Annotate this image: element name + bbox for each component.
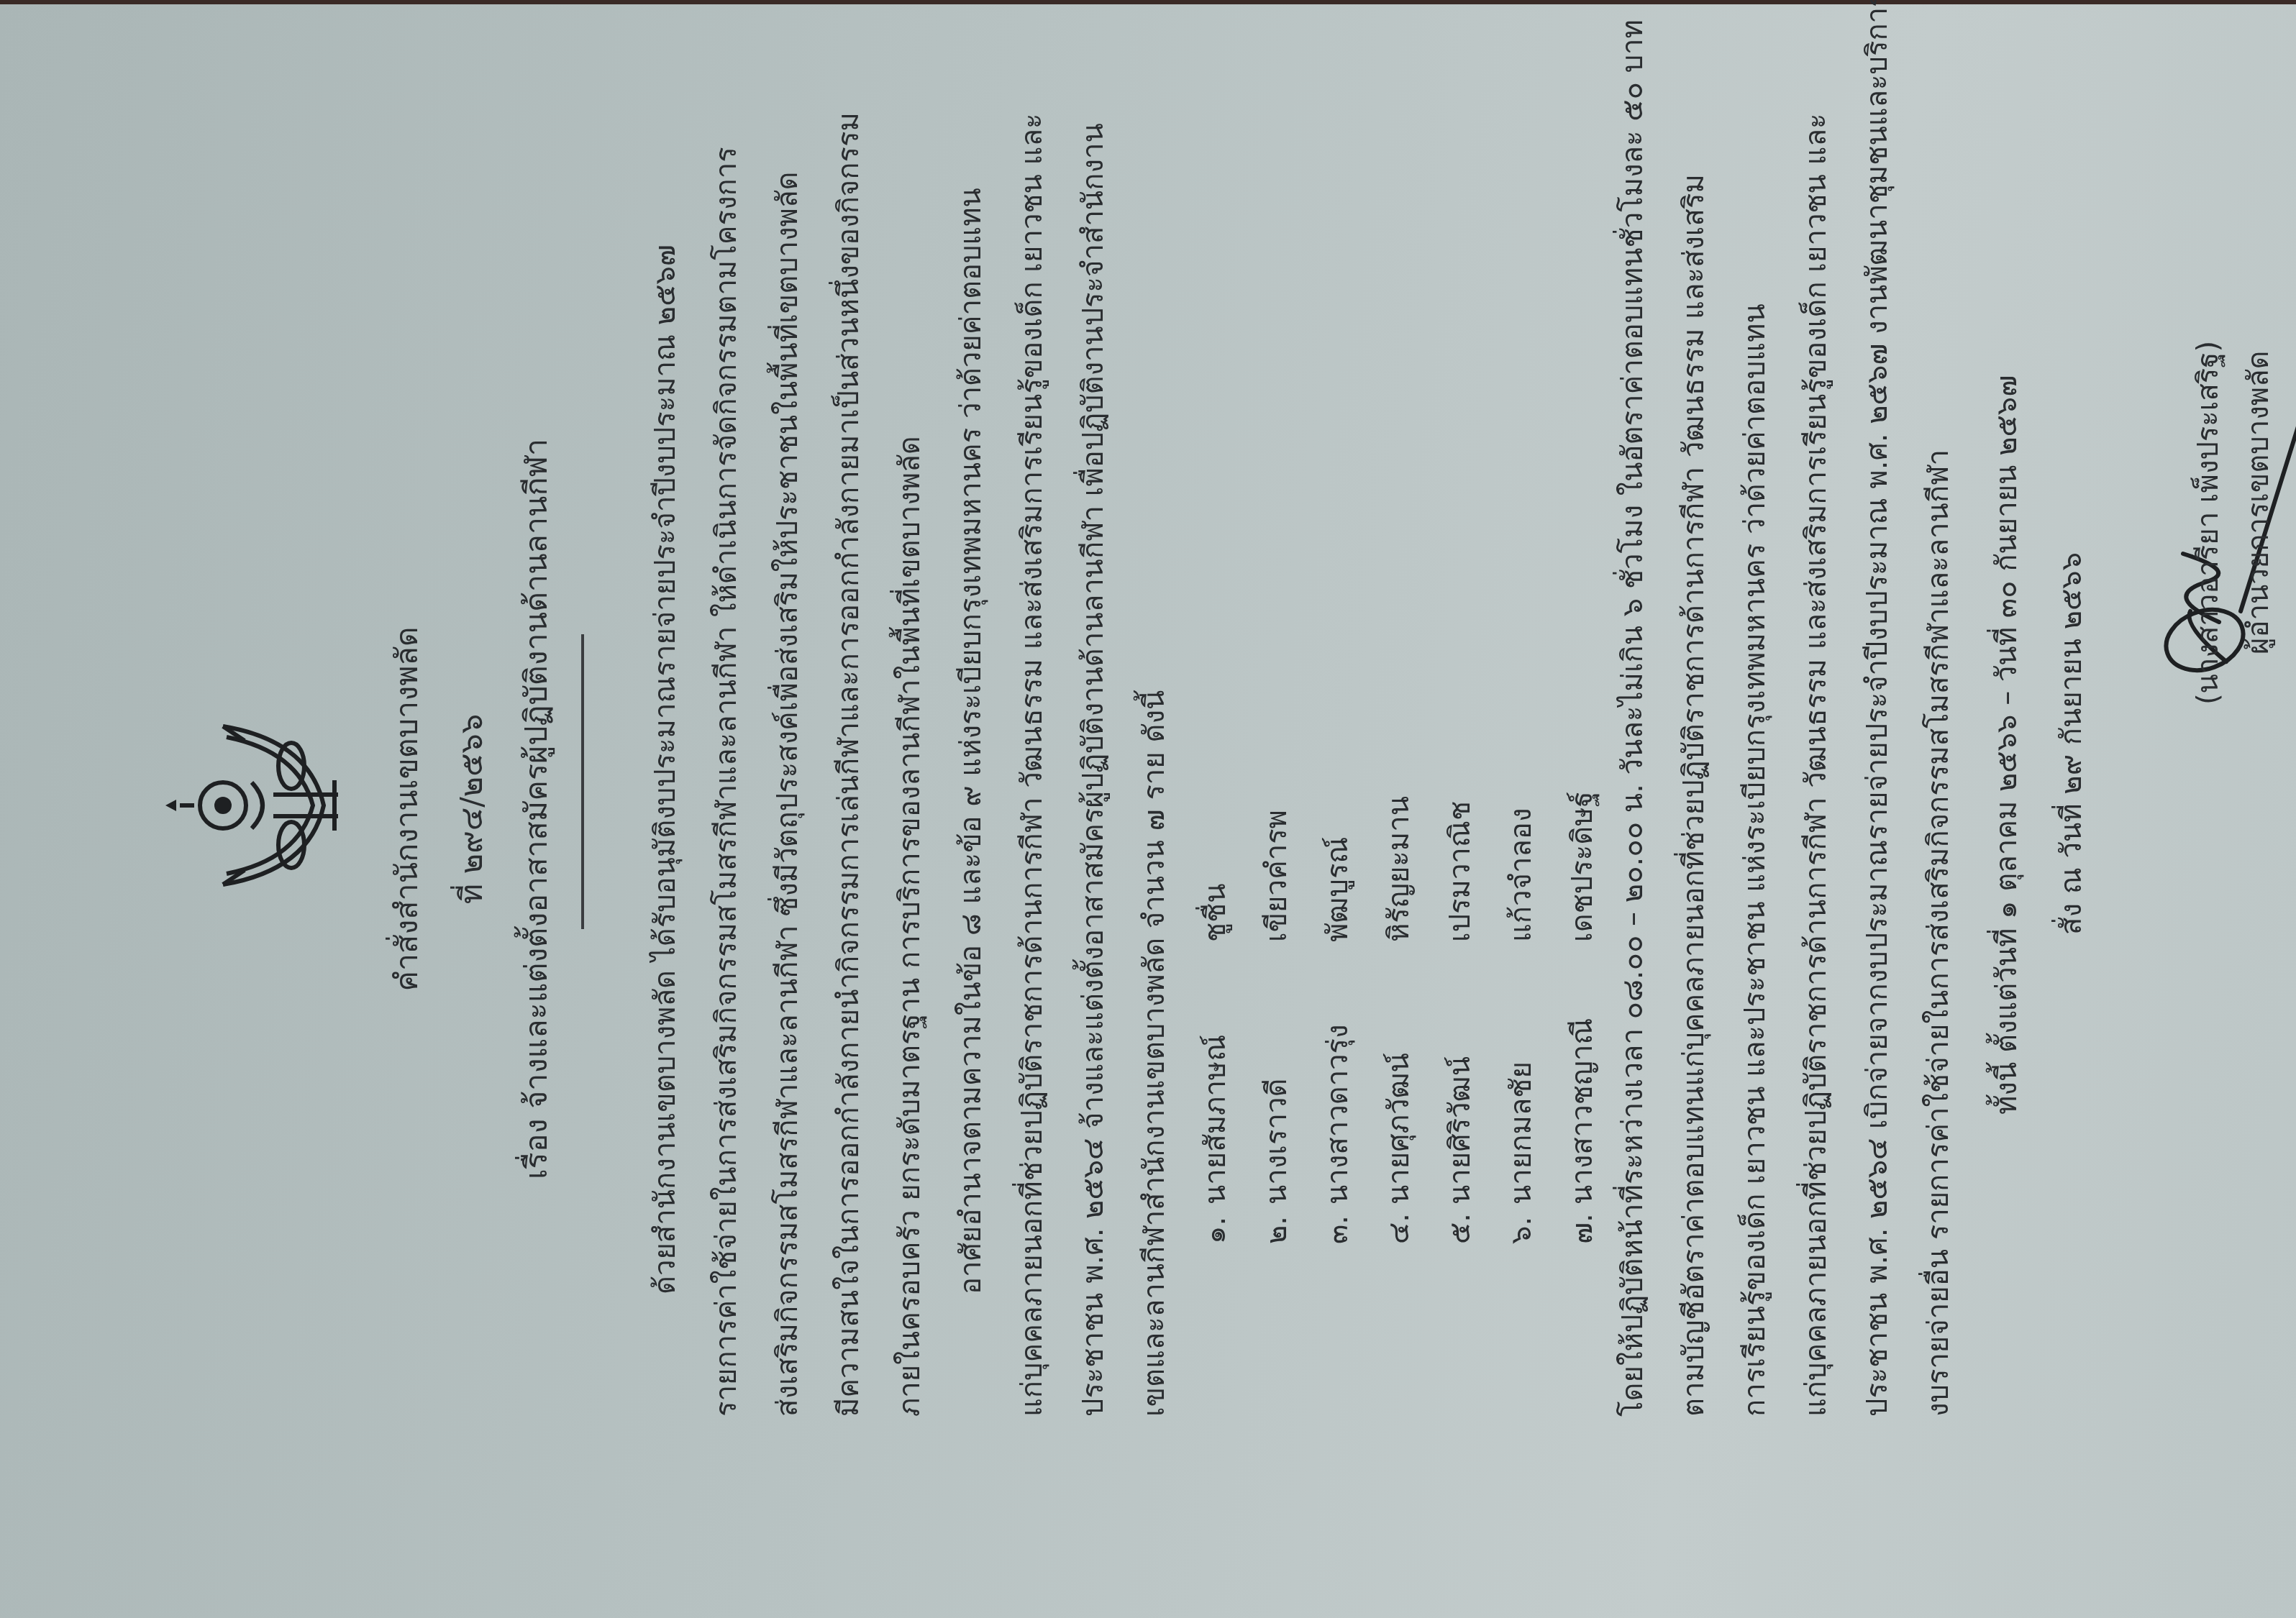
ordered-date: สั่ง ณ วันที่ ๒๙ กันยายน ๒๕๖๖ <box>2057 552 2086 935</box>
document-photo: คำสั่งสำนักงานเขตบางพลัด ที่ ๒๙๔/๒๕๖๖ เร… <box>0 0 2296 1618</box>
paragraph-line: การเรียนรู้ของเด็ก เยาวชน และประชาชน แห่… <box>1741 303 1769 1417</box>
order-subject: เรื่อง จ้างและแต่งตั้งอาสาสมัครผู้ปฏิบัต… <box>521 0 552 1618</box>
paragraph-line: ด้วยสำนักงานเขตบางพลัด ได้รับอนุมัติงบปร… <box>651 244 680 1294</box>
paragraph-line: ภายในครอบครัว ยกระดับมาตรฐาน การบริการขอ… <box>896 436 924 1417</box>
paragraph-line: ประชาชน พ.ศ. ๒๕๖๔ เบิกจ่ายจากงบประมาณราย… <box>1863 0 1892 1417</box>
signer-name: (นางสาวอารียา เพ็งประเสริฐ) <box>2194 341 2223 705</box>
garuda-emblem-icon <box>165 712 352 899</box>
paragraph-line: อาศัยอำนาจตามความในข้อ ๘ และข้อ ๙ แห่งระ… <box>957 188 985 1294</box>
paragraph-line: งบรายจ่ายอื่น รายการค่าใช้จ่ายในการส่งเส… <box>1924 449 1953 1417</box>
paragraph-line: แก่บุคคลภายนอกที่ช่วยปฏิบัติราชการด้านกา… <box>1802 114 1831 1417</box>
official-order-page: คำสั่งสำนักงานเขตบางพลัด ที่ ๒๙๔/๒๕๖๖ เร… <box>0 0 2296 1618</box>
paragraph-line: แก่บุคคลภายนอกที่ช่วยปฏิบัติราชการด้านกา… <box>1018 114 1047 1417</box>
order-title: คำสั่งสำนักงานเขตบางพลัด <box>392 0 423 1618</box>
paragraph-line: เขตและลานกีฬาสำนักงานเขตบางพลัด จำนวน ๗ … <box>1140 690 1169 1417</box>
order-number: ที่ ๒๙๔/๒๕๖๖ <box>457 0 488 1618</box>
header-divider <box>581 634 584 929</box>
paragraph-line: ส่งเสริมกิจกรรมสโมสรกีฬาและลานกีฬา ซึ่งม… <box>773 172 802 1417</box>
paragraph-line: โดยให้ปฏิบัติหน้าที่ระหว่างเวลา ๐๘.๐๐ – … <box>1618 19 1647 1417</box>
paragraph-line: ประชาชน พ.ศ. ๒๕๖๔ จ้างและแต่งตั้งอาสาสมั… <box>1079 123 1108 1417</box>
effective-period: ทั้งนี้ ตั้งแต่วันที่ ๑ ตุลาคม ๒๕๖๖ – วั… <box>1992 375 2021 1115</box>
paragraph-line: มีความสนใจในการออกกำลังกายนำกิจกรรมการเล… <box>834 112 863 1417</box>
paragraph-line: ตามบัญชีอัตราค่าตอบแทนแก่บุคคลภายนอกที่ช… <box>1680 174 1708 1417</box>
signer-title: ผู้อำนวยการเขตบางพลัด <box>2244 350 2273 654</box>
paragraph-line: รายการค่าใช้จ่ายในการส่งเสริมกิจกรรมสโมส… <box>712 147 741 1417</box>
